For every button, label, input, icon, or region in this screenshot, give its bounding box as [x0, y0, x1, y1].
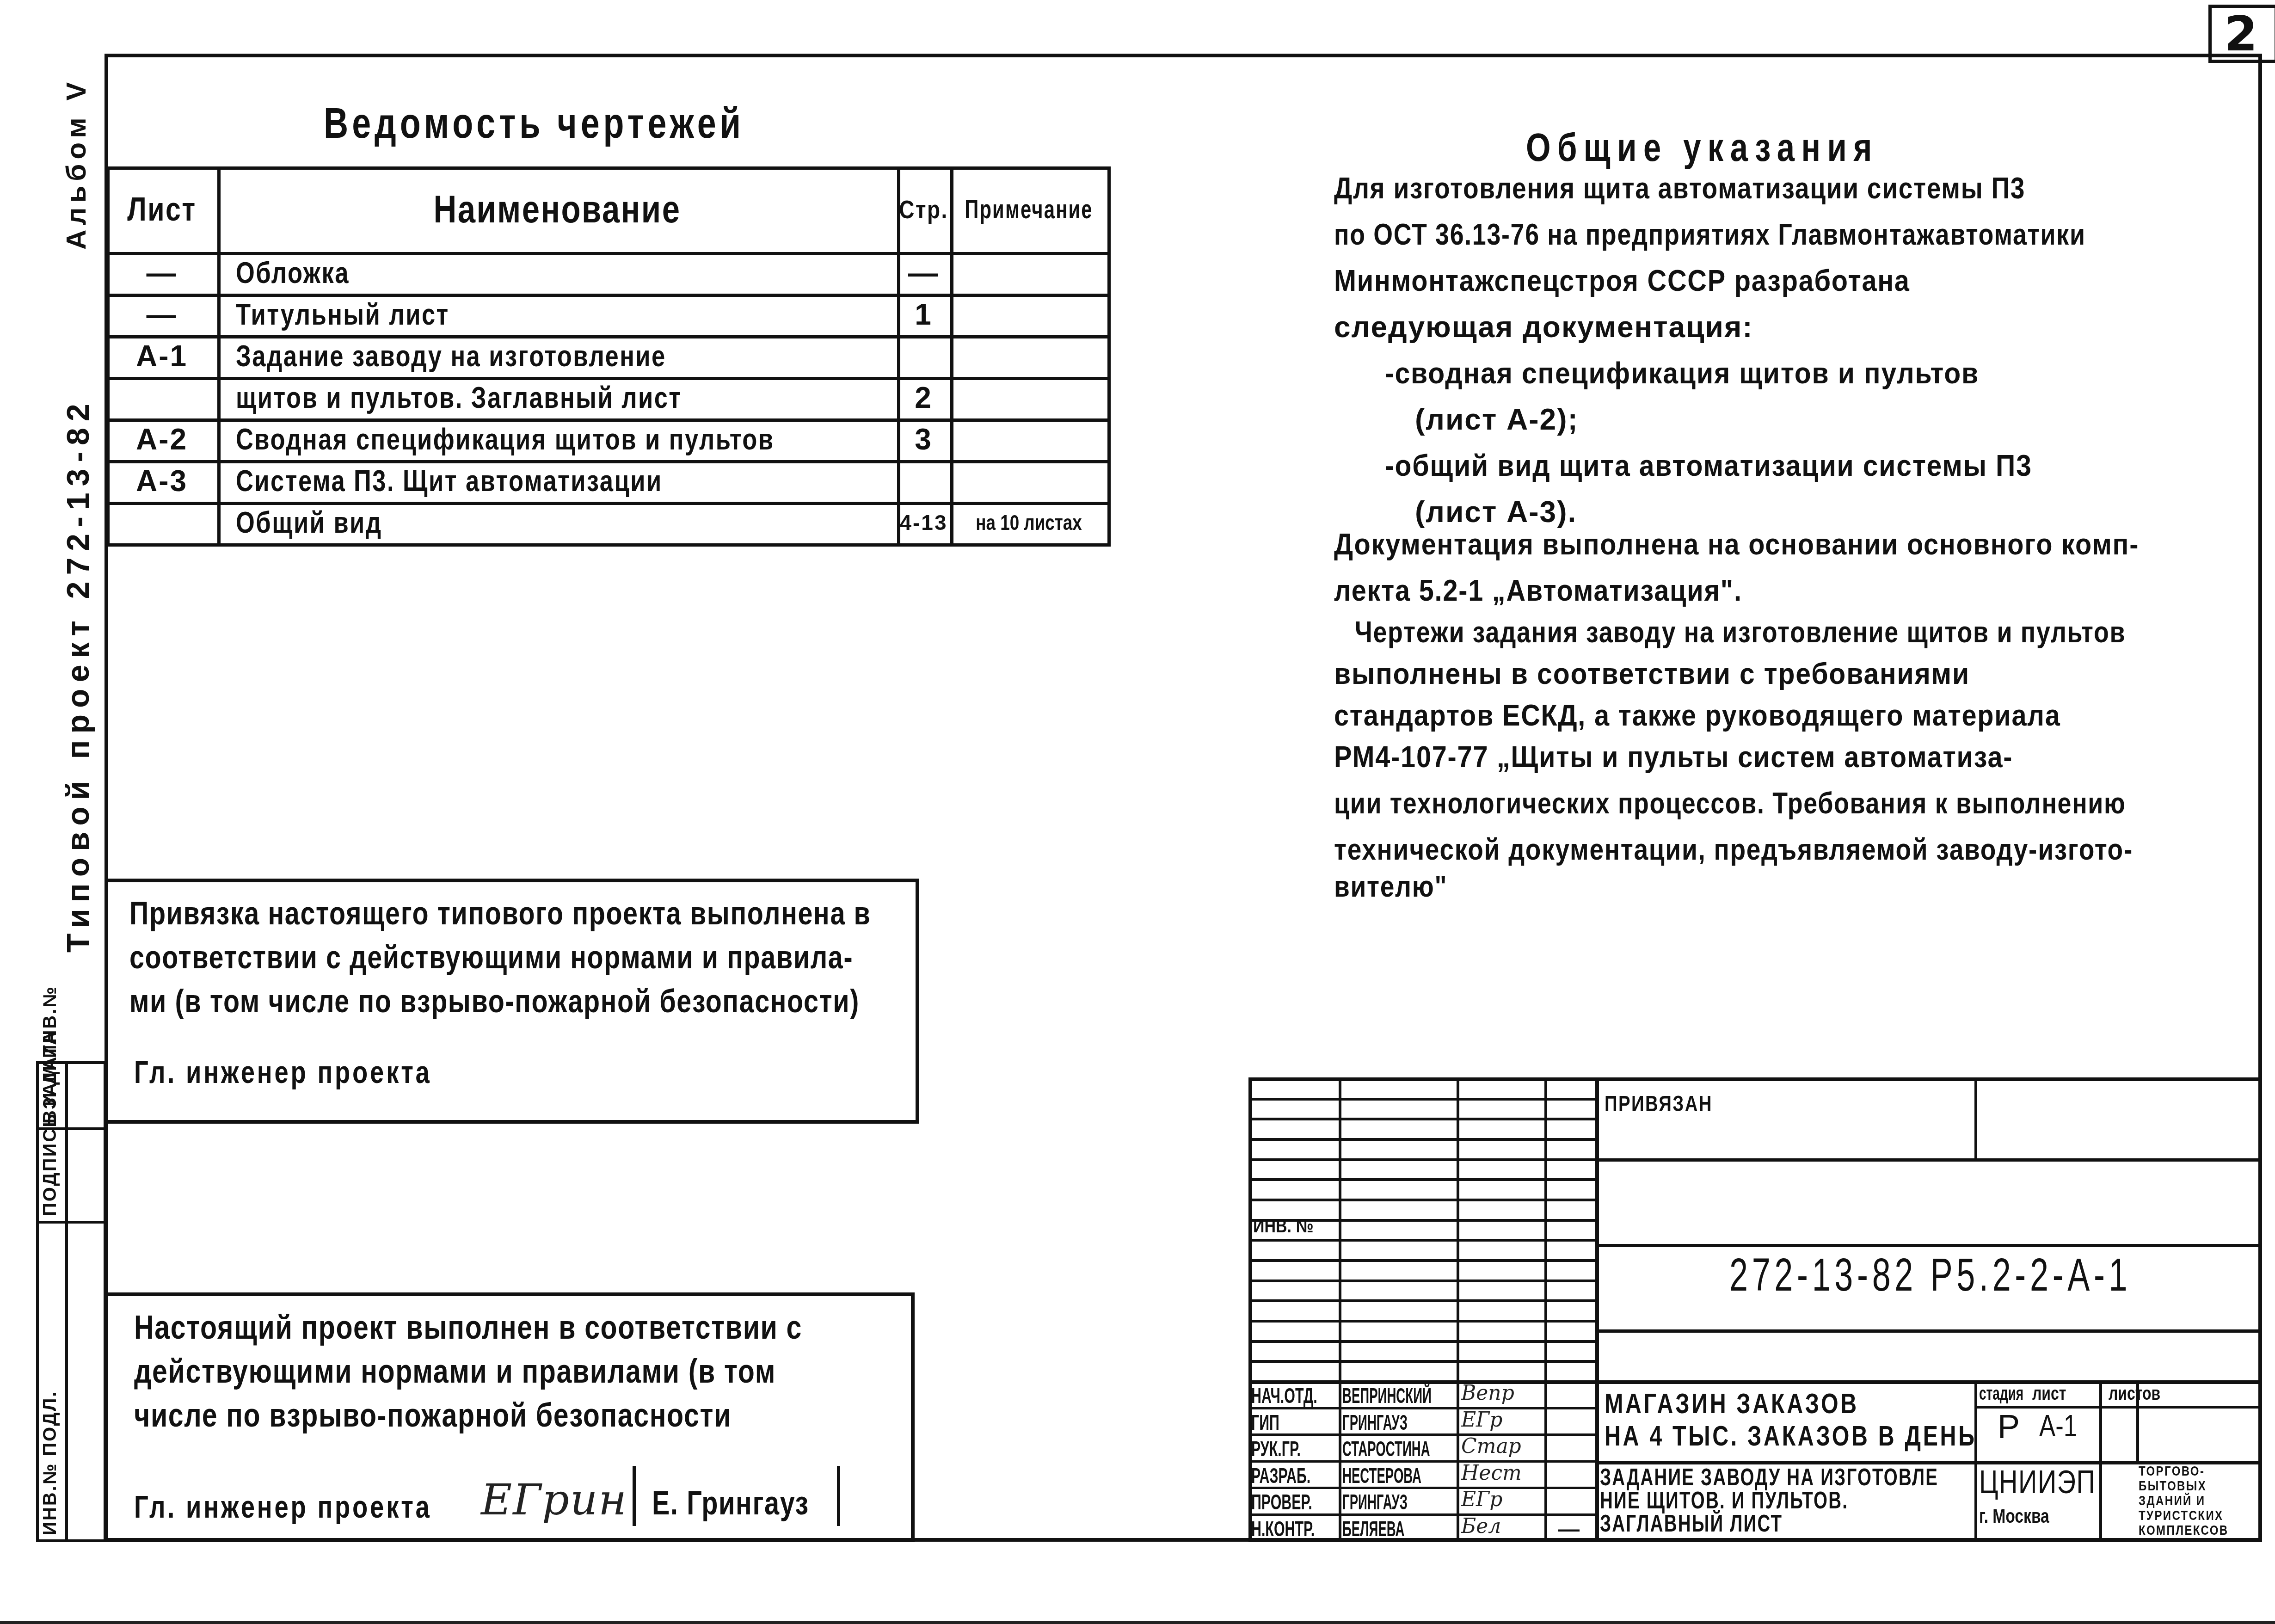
notes-line: Документация выполнена на основании осно… [1334, 527, 2139, 561]
notes-title: Общие указания [1526, 125, 1879, 171]
grid-line [217, 166, 221, 547]
divider [633, 1466, 636, 1526]
notes-line: (лист А-3). [1415, 495, 1577, 529]
inventory-label: ИНВ. № [1253, 1216, 1313, 1237]
signatory-name: ГРИНГАУЗ [1342, 1410, 1408, 1435]
table-cell-note [966, 252, 1092, 294]
project-number-vertical: Типовой проект 272-13-82 [60, 397, 96, 953]
organization-department-line: ЗДАНИЙ И [2139, 1493, 2205, 1509]
bound-label: ПРИВЯЗАН [1605, 1091, 1713, 1117]
table-cell-note [966, 294, 1092, 335]
signatory-name: БЕЛЯЕВА [1342, 1516, 1404, 1541]
table-cell-note [966, 335, 1092, 377]
table-header-1: Наименование [278, 166, 836, 252]
signatory-name: ГРИНГАУЗ [1342, 1489, 1408, 1514]
notes-line: лекта 5.2-1 „Автоматизация". [1334, 573, 1742, 608]
compliance-engineer-name: Е. Грингауз [652, 1484, 809, 1522]
notes-line: вителю" [1334, 869, 1447, 904]
notes-line: РМ4-107-77 „Щиты и пульты систем автомат… [1334, 740, 2013, 774]
signatory-signature: Вепр [1461, 1381, 1514, 1405]
grid-line [1248, 1118, 1595, 1120]
signatory-signature: ЕГр [1461, 1408, 1502, 1432]
margin-stamp-cell-2: ПОДПИСЬ И ДАТА [40, 1030, 61, 1216]
binding-line: соответствии с действующими нормами и пр… [129, 939, 853, 976]
table-header-0: Лист [117, 166, 208, 252]
grid-line [106, 543, 1111, 547]
sheets-label: листов [2109, 1384, 2160, 1404]
grid-line [1595, 1077, 1599, 1540]
organization-city: г. Москва [1979, 1505, 2049, 1527]
grid-line [1595, 1244, 2259, 1247]
grid-line [1248, 1299, 1595, 1302]
grid-line [1248, 1433, 1595, 1436]
table-cell-page: 4-13 [897, 502, 950, 543]
signatory-signature: Стар [1461, 1434, 1521, 1458]
binding-line: ми (в том числе по взрыво-пожарной безоп… [129, 983, 860, 1020]
signatory-signature: Бел [1461, 1514, 1501, 1538]
signatory-role: НАЧ.ОТД. [1251, 1383, 1317, 1408]
grid-line [1974, 1077, 1977, 1158]
table-cell-page: — [897, 252, 950, 294]
grid-line [1974, 1380, 1977, 1540]
notes-line: Для изготовления щита автоматизации сист… [1334, 171, 2025, 205]
table-cell-name: Сводная спецификация щитов и пультов [236, 418, 775, 460]
table-cell-page: 3 [897, 418, 950, 460]
drawing-code: 272-13-82 Р5.2-2-А-1 [1729, 1249, 2131, 1302]
table-header-2: Стр. [902, 166, 945, 252]
stage-value: Р [1998, 1408, 2020, 1446]
notes-line: -сводная спецификация щитов и пультов [1385, 356, 1979, 390]
grid-line [1248, 1158, 1595, 1161]
album-label: Альбом V [60, 78, 92, 250]
margin-stamp-cell-3: ИНВ.№ ПОДЛ. [40, 1390, 61, 1535]
signatory-role: РАЗРАБ. [1251, 1463, 1310, 1488]
table-cell-sheet: — [106, 252, 217, 294]
grid-line [950, 166, 953, 547]
signatory-role: ПРОВЕР. [1251, 1489, 1312, 1514]
signatory-date: — [1558, 1516, 1580, 1541]
signatory-role: ГИП [1251, 1410, 1279, 1435]
table-cell-sheet: А-1 [106, 335, 217, 377]
table-cell-page [897, 460, 950, 502]
organization-department-line: КОМПЛЕКСОВ [2139, 1523, 2228, 1538]
binding-line: Привязка настоящего типового проекта вып… [129, 895, 871, 932]
table-cell-sheet: А-3 [106, 460, 217, 502]
stage-label: стадия [1979, 1384, 2023, 1404]
grid-line [1248, 1259, 1595, 1262]
grid-line [1248, 1320, 1595, 1323]
signatory-signature: ЕГр [1461, 1488, 1502, 1511]
signatory-name: СТАРОСТИНА [1342, 1436, 1430, 1461]
table-cell-note: на 10 листах [966, 502, 1092, 543]
grid-line [1248, 1280, 1595, 1282]
notes-line: следующая документация: [1334, 310, 1753, 344]
notes-line: -общий вид щита автоматизации системы П3 [1385, 449, 2032, 483]
notes-line: (лист А-2); [1415, 402, 1579, 437]
margin-stamp-line [36, 1221, 106, 1224]
table-cell-name: Обложка [236, 252, 350, 294]
grid-line [1248, 1138, 1595, 1141]
object-title-line: МАГАЗИН ЗАКАЗОВ [1605, 1387, 1859, 1420]
divider [837, 1466, 840, 1526]
organization-department-line: ТОРГОВО- [2139, 1464, 2205, 1479]
table-cell-page [897, 335, 950, 377]
notes-line: по ОСТ 36.13-76 на предприятиях Главмонт… [1334, 217, 2086, 252]
grid-line [1339, 1077, 1341, 1540]
notes-line: Минмонтажспецстроя СССР разработана [1334, 264, 1910, 298]
organization: ЦНИИЭП [1979, 1464, 2096, 1501]
notes-line: выполнены в соответствии с требованиями [1334, 657, 1970, 691]
table-cell-sheet [106, 377, 217, 418]
notes-line: стандартов ЕСКД, а также руководящего ма… [1334, 698, 2061, 732]
organization-department-line: ТУРИСТСКИХ [2139, 1508, 2223, 1524]
table-cell-name: Задание заводу на изготовление [236, 335, 666, 377]
signatory-name: НЕСТЕРОВА [1342, 1463, 1421, 1488]
table-cell-name: щитов и пультов. Заглавный лист [236, 377, 682, 418]
table-cell-note [966, 377, 1092, 418]
table-cell-sheet: — [106, 294, 217, 335]
grid-line [1595, 1158, 2259, 1162]
margin-stamp-divider [65, 1061, 68, 1542]
sheet-value: А-1 [2039, 1408, 2077, 1443]
compliance-line: действующими нормами и правилами (в том [134, 1353, 776, 1390]
table-cell-name: Система П3. Щит автоматизации [236, 460, 663, 502]
notes-line: технической документации, предъявляемой … [1334, 832, 2133, 867]
signatory-signature: Нест [1461, 1461, 1522, 1485]
table-cell-page: 2 [897, 377, 950, 418]
notes-line: Чертежи задания заводу на изготовление щ… [1355, 615, 2126, 649]
table-cell-name: Общий вид [236, 502, 382, 543]
table-cell-sheet: А-2 [106, 418, 217, 460]
grid-line [1107, 166, 1111, 547]
table-cell-note [966, 418, 1092, 460]
grid-line [1248, 1340, 1595, 1343]
binding-signature-label: Гл. инженер проекта [134, 1054, 432, 1090]
table-cell-sheet [106, 502, 217, 543]
grid-line [1248, 1098, 1595, 1101]
page-number: 2 [2224, 6, 2258, 62]
signatory-role: РУК.ГР. [1251, 1436, 1301, 1461]
table-cell-name: Титульный лист [236, 294, 449, 335]
grid-line [1248, 1199, 1595, 1201]
signatory-role: Н.КОНТР. [1251, 1516, 1315, 1541]
compliance-line: числе по взрыво-пожарной безопасности [134, 1396, 732, 1434]
grid-line [1457, 1077, 1459, 1540]
compliance-signature-label: Гл. инженер проекта [134, 1489, 432, 1525]
table-cell-page: 1 [897, 294, 950, 335]
table-header-3: Примечание [972, 166, 1086, 252]
grid-line [1544, 1077, 1547, 1540]
drawings-list-title: Ведомость чертежей [324, 99, 744, 148]
sheet-title-line: ЗАГЛАВНЫЙ ЛИСТ [1600, 1510, 1783, 1538]
compliance-signature: ЕГрин [481, 1475, 627, 1525]
signatory-name: ВЕПРИНСКИЙ [1342, 1383, 1432, 1408]
grid-line [1248, 1360, 1595, 1363]
compliance-line: Настоящий проект выполнен в соответствии… [134, 1309, 802, 1347]
sheet-label: лист [2032, 1384, 2066, 1404]
table-cell-note [966, 460, 1092, 502]
grid-line [1248, 1178, 1595, 1181]
scan-edge [0, 1621, 2275, 1624]
grid-line [2099, 1380, 2102, 1540]
grid-line [1595, 1329, 2259, 1333]
notes-line: ции технологических процессов. Требовани… [1334, 786, 2126, 820]
object-title-line: НА 4 ТЫС. ЗАКАЗОВ В ДЕНЬ [1605, 1420, 1977, 1452]
organization-department-line: БЫТОВЫХ [2139, 1478, 2207, 1494]
grid-line [1248, 1239, 1595, 1242]
